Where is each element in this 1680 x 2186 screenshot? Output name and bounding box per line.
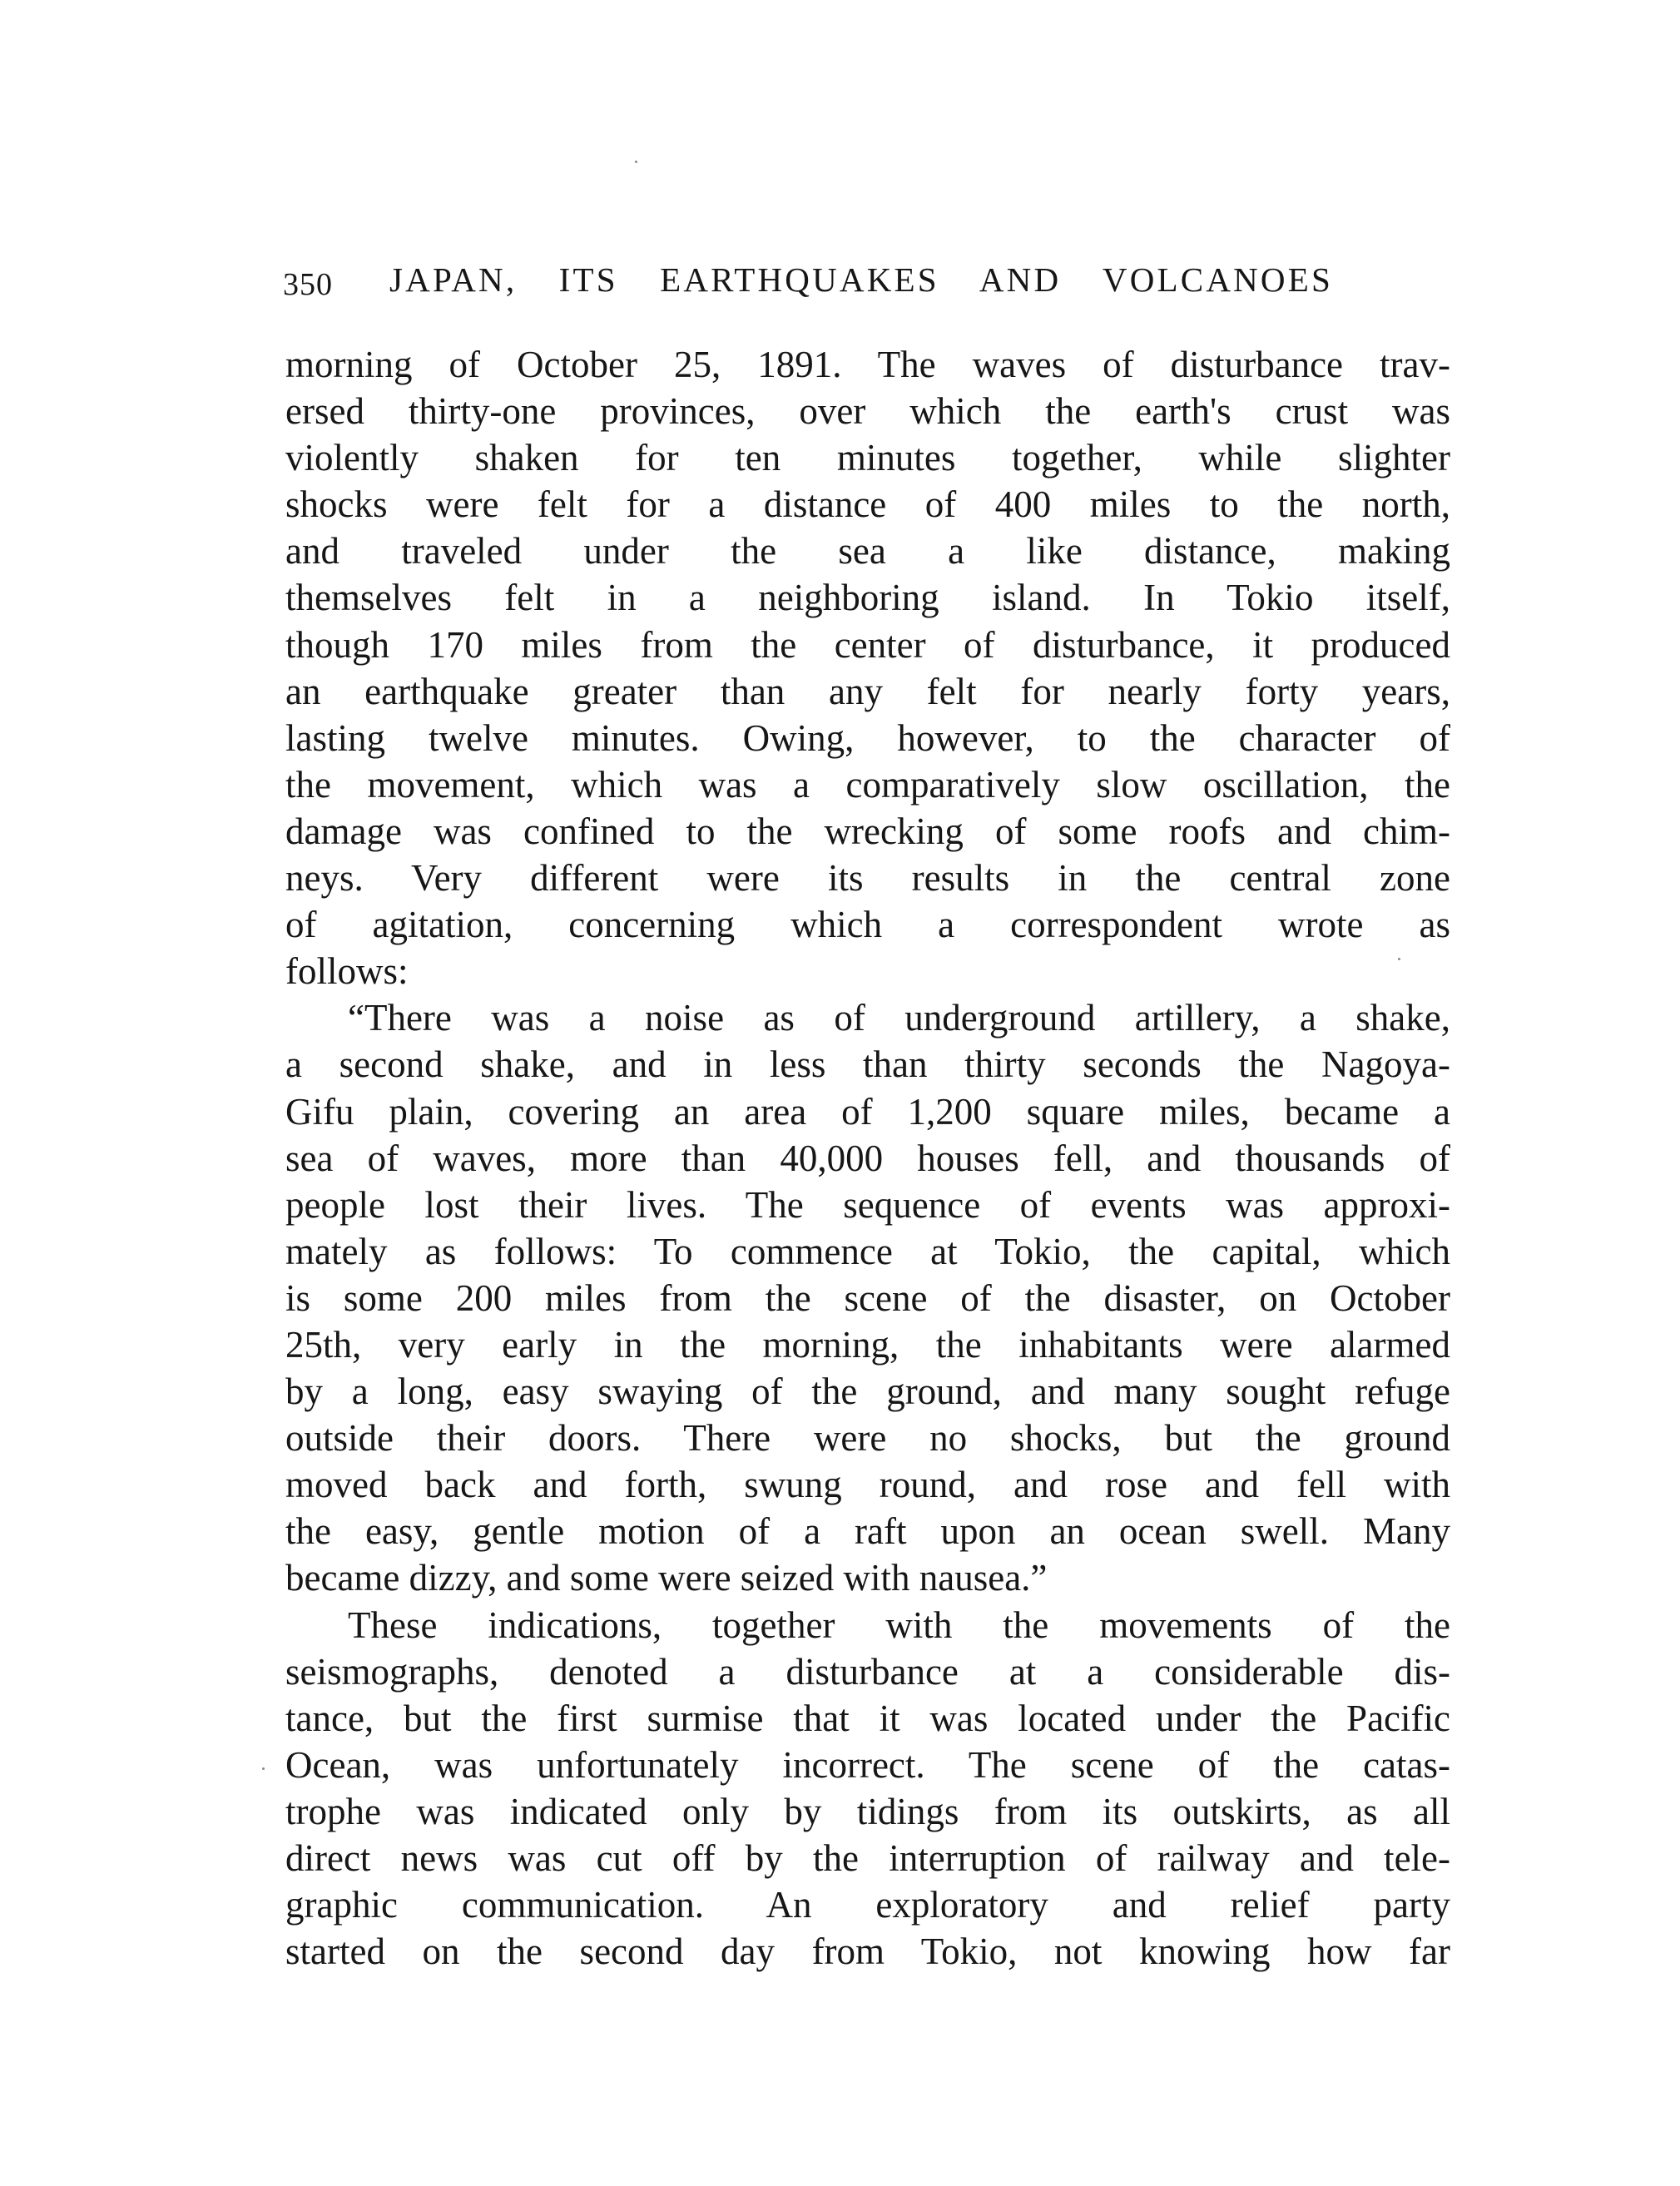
text-line-content: neys. Very different were its results in… (285, 855, 1450, 901)
text-line: of agitation, concerning which a corresp… (285, 901, 1450, 948)
text-line-content: sea of waves, more than 40,000 houses fe… (285, 1135, 1450, 1182)
text-line: trophe was indicated only by tidings fro… (285, 1788, 1450, 1835)
text-line-content: direct news was cut off by the interrupt… (285, 1835, 1450, 1881)
running-head-title: JAPAN, ITS EARTHQUAKES AND VOLCANOES (389, 260, 1333, 300)
text-line-content: started on the second day from Tokio, no… (285, 1928, 1450, 1975)
text-line-content: shocks were felt for a distance of 400 m… (285, 481, 1450, 528)
text-line: outside their doors. There were no shock… (285, 1415, 1450, 1461)
text-line: “There was a noise as of underground art… (285, 994, 1450, 1041)
text-line-content: follows: (285, 948, 1450, 994)
scan-speck (262, 1767, 265, 1770)
scan-speck (635, 161, 637, 163)
text-line-content: the easy, gentle motion of a raft upon a… (285, 1508, 1450, 1554)
text-line-content: trophe was indicated only by tidings fro… (285, 1788, 1450, 1835)
text-line-content: is some 200 miles from the scene of the … (285, 1275, 1450, 1321)
text-line-content: the movement, which was a comparatively … (285, 761, 1450, 808)
text-line-content: 25th, very early in the morning, the inh… (285, 1321, 1450, 1368)
text-line-content: by a long, easy swaying of the ground, a… (285, 1368, 1450, 1415)
text-line: mately as follows: To commence at Tokio,… (285, 1228, 1450, 1275)
text-line: became dizzy, and some were seized with … (285, 1554, 1450, 1601)
text-line: the easy, gentle motion of a raft upon a… (285, 1508, 1450, 1554)
text-line-content: outside their doors. There were no shock… (285, 1415, 1450, 1461)
text-line-content: damage was confined to the wrecking of s… (285, 808, 1450, 855)
text-line: damage was confined to the wrecking of s… (285, 808, 1450, 855)
text-line: sea of waves, more than 40,000 houses fe… (285, 1135, 1450, 1182)
text-line-content: seismographs, denoted a disturbance at a… (285, 1648, 1450, 1695)
text-line: lasting twelve minutes. Owing, however, … (285, 715, 1450, 761)
text-line-content: people lost their lives. The sequence of… (285, 1182, 1450, 1228)
text-line-content: tance, but the first surmise that it was… (285, 1695, 1450, 1742)
text-line-content: Gifu plain, covering an area of 1,200 sq… (285, 1088, 1450, 1135)
text-line: seismographs, denoted a disturbance at a… (285, 1648, 1450, 1695)
text-line: 25th, very early in the morning, the inh… (285, 1321, 1450, 1368)
text-line: neys. Very different were its results in… (285, 855, 1450, 901)
text-line-content: of agitation, concerning which a corresp… (285, 901, 1450, 948)
text-line-content: graphic communication. An exploratory an… (285, 1881, 1450, 1928)
body-text: morning of October 25, 1891. The waves o… (285, 341, 1450, 1975)
page-number: 350 (283, 266, 333, 303)
text-line: and traveled under the sea a like distan… (285, 528, 1450, 574)
text-line-content: These indications, together with the mov… (348, 1602, 1450, 1648)
text-line-content: a second shake, and in less than thirty … (285, 1041, 1450, 1088)
text-line-content: morning of October 25, 1891. The waves o… (285, 341, 1450, 388)
text-line: started on the second day from Tokio, no… (285, 1928, 1450, 1975)
text-line: is some 200 miles from the scene of the … (285, 1275, 1450, 1321)
running-head: 350 JAPAN, ITS EARTHQUAKES AND VOLCANOES (283, 260, 1340, 301)
text-line-content: “There was a noise as of underground art… (348, 994, 1450, 1041)
text-line: Gifu plain, covering an area of 1,200 sq… (285, 1088, 1450, 1135)
text-line-content: themselves felt in a neighboring island.… (285, 574, 1450, 621)
text-line: violently shaken for ten minutes togethe… (285, 434, 1450, 481)
text-line: though 170 miles from the center of dist… (285, 622, 1450, 668)
text-line: These indications, together with the mov… (285, 1602, 1450, 1648)
text-line: shocks were felt for a distance of 400 m… (285, 481, 1450, 528)
text-line: morning of October 25, 1891. The waves o… (285, 341, 1450, 388)
text-line-content: Ocean, was unfortunately incorrect. The … (285, 1742, 1450, 1788)
text-line-content: mately as follows: To commence at Tokio,… (285, 1228, 1450, 1275)
book-page: 350 JAPAN, ITS EARTHQUAKES AND VOLCANOES… (0, 0, 1680, 2186)
text-line-content: became dizzy, and some were seized with … (285, 1554, 1450, 1601)
text-line: themselves felt in a neighboring island.… (285, 574, 1450, 621)
text-line: Ocean, was unfortunately incorrect. The … (285, 1742, 1450, 1788)
text-line: tance, but the first surmise that it was… (285, 1695, 1450, 1742)
text-line: graphic communication. An exploratory an… (285, 1881, 1450, 1928)
text-line-content: and traveled under the sea a like distan… (285, 528, 1450, 574)
text-line-content: violently shaken for ten minutes togethe… (285, 434, 1450, 481)
text-line: by a long, easy swaying of the ground, a… (285, 1368, 1450, 1415)
text-line-content: ersed thirty-one provinces, over which t… (285, 388, 1450, 434)
text-line-content: moved back and forth, swung round, and r… (285, 1461, 1450, 1508)
text-line: a second shake, and in less than thirty … (285, 1041, 1450, 1088)
text-line-content: lasting twelve minutes. Owing, however, … (285, 715, 1450, 761)
text-line-content: an earthquake greater than any felt for … (285, 668, 1450, 715)
scan-speck (1398, 958, 1400, 960)
text-line: the movement, which was a comparatively … (285, 761, 1450, 808)
text-line: an earthquake greater than any felt for … (285, 668, 1450, 715)
text-line: people lost their lives. The sequence of… (285, 1182, 1450, 1228)
text-line: ersed thirty-one provinces, over which t… (285, 388, 1450, 434)
text-line: follows: (285, 948, 1450, 994)
text-line: moved back and forth, swung round, and r… (285, 1461, 1450, 1508)
text-line: direct news was cut off by the interrupt… (285, 1835, 1450, 1881)
text-line-content: though 170 miles from the center of dist… (285, 622, 1450, 668)
